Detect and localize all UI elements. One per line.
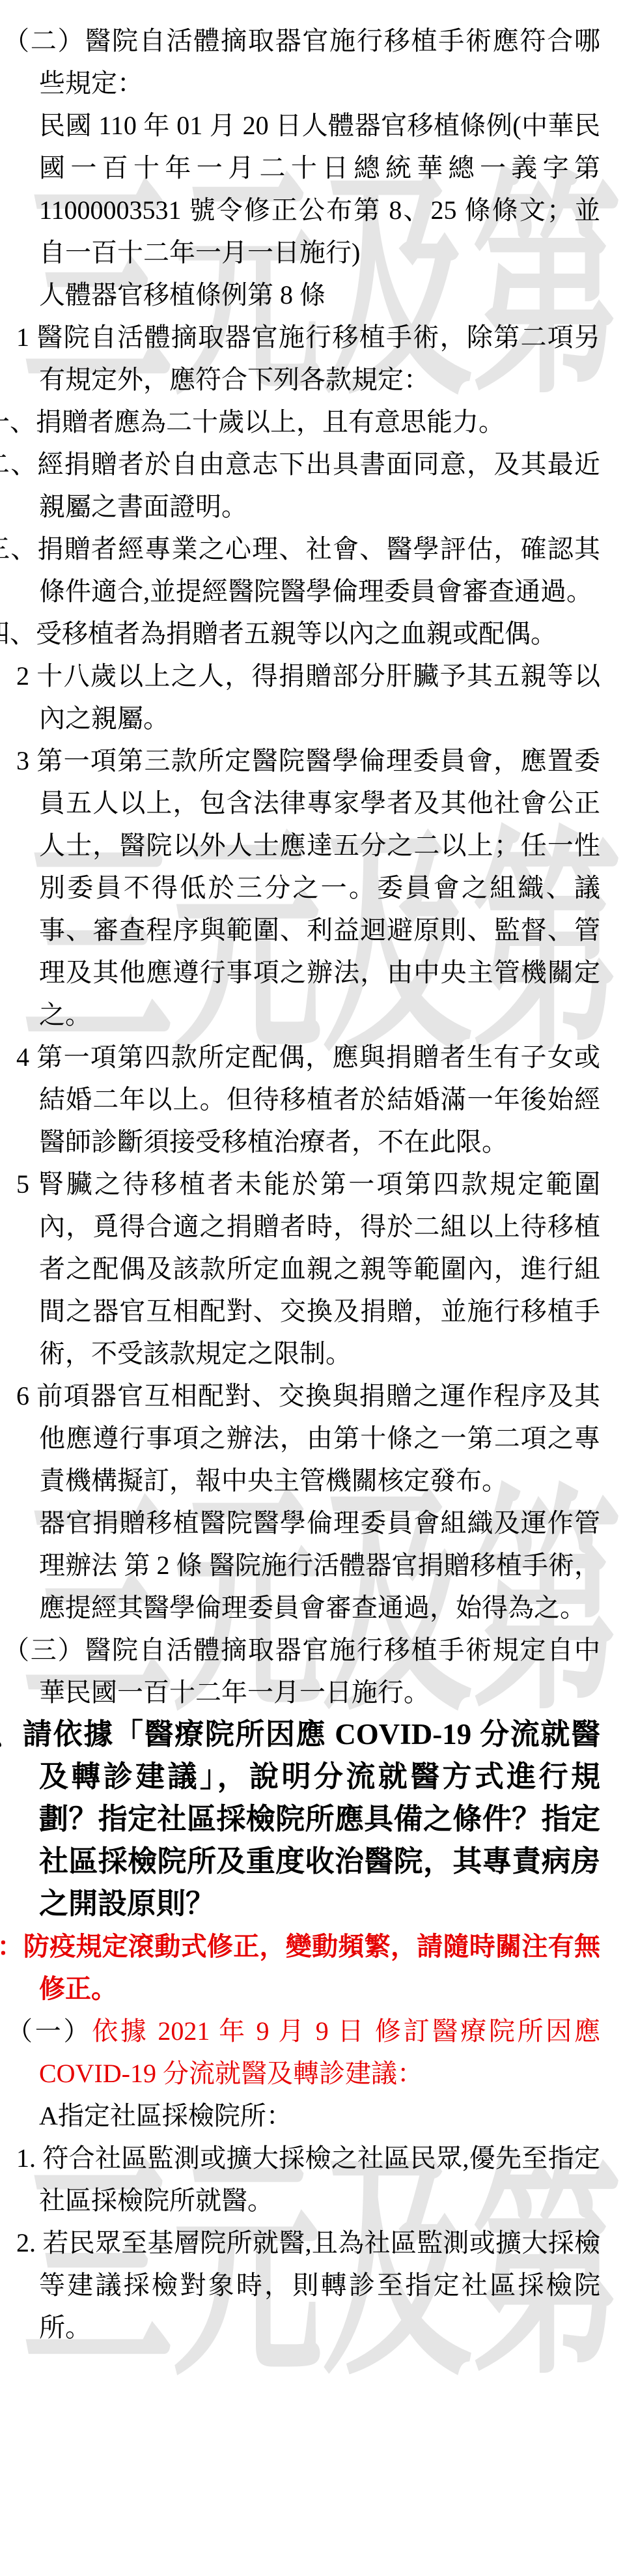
clause-text: 第一項第三款所定醫院醫學倫理委員會，應置委員五人以上，包含法律專家學者及其他社會… [36, 746, 600, 1029]
clause-5: 5 腎臟之待移植者未能於第一項第四款規定範圍內，覓得合適之捐贈者時，得於二組以上… [39, 1163, 600, 1375]
subclause-text: 經捐贈者於自由意志下出具書面同意，及其最近親屬之書面證明。 [37, 450, 600, 521]
item-marker: （三） [3, 1635, 85, 1665]
subclause-4: 四、受移植者為捐贈者五親等以內之血親或配偶。 [39, 612, 600, 655]
subclause-3: 三、捐贈者經專業之心理、社會、醫學評估，確認其條件適合,並提經醫院醫學倫理委員會… [39, 528, 600, 612]
clause-1: 1 醫院自活體摘取器官施行移植手術，除第二項另有規定外，應符合下列各款規定： [39, 316, 600, 401]
document-page: 三 元 及 第 三 元 及 第 三 元 及 第 三 元 及 第 （二）醫院自活體… [0, 0, 638, 2576]
subsection-a-label: A指定社區採檢院所： [39, 2095, 600, 2137]
paragraph-text: 器官捐贈移植醫院醫學倫理委員會組織及運作管理辦法 第 2 條 醫院施行活體器官捐… [39, 1508, 600, 1622]
clause-number: 2 [16, 661, 36, 691]
subclause-text: 受移植者為捐贈者五親等以內之血親或配偶。 [36, 619, 557, 648]
clause-number: 6 [16, 1381, 36, 1410]
clause-text: 醫院自活體摘取器官施行移植手術，除第二項另有規定外，應符合下列各款規定： [36, 322, 600, 394]
reminder-text: 防疫規定滾動式修正，變動頻繁，請隨時關注有無修正。 [23, 1932, 600, 2003]
paragraph-text: 民國 110 年 01 月 20 日人體器官移植條例(中華民國一百十年一月二十日… [39, 111, 600, 267]
point-1: 1. 符合社區監測或擴大採檢之社區民眾,優先至指定社區採檢院所就醫。 [39, 2137, 600, 2222]
paragraph-text: 人體器官移植條例第 8 條 [39, 280, 326, 309]
item-text-red: 依據 2021 年 9 月 9 日 修訂醫療院所因應 COVID-19 分流就醫… [39, 2016, 600, 2088]
question-text: 請依據「醫療院所因應 COVID-19 分流就醫及轉診建議」，說明分流就醫方式進… [23, 1718, 600, 1920]
clause-number: 3 [16, 746, 36, 775]
reminder-note: 提醒：防疫規定滾動式修正，變動頻繁，請隨時關注有無修正。 [39, 1925, 600, 2010]
clause-number: 1 [16, 322, 36, 352]
item-text: 醫院自活體摘取器官施行移植手術規定自中華民國一百十二年一月一日施行。 [39, 1635, 600, 1707]
point-text: 符合社區監測或擴大採檢之社區民眾,優先至指定社區採檢院所就醫。 [39, 2143, 600, 2215]
clause-text: 第一項第四款所定配偶，應與捐贈者生有子女或結婚二年以上。但待移植者於結婚滿一年後… [36, 1042, 600, 1156]
covid-item-1: （一）依據 2021 年 9 月 9 日 修訂醫療院所因應 COVID-19 分… [39, 2010, 600, 2095]
question-13-heading: 十三、請依據「醫療院所因應 COVID-19 分流就醫及轉診建議」，說明分流就醫… [39, 1713, 600, 1925]
point-number: 2. [16, 2228, 42, 2257]
reminder-marker: 提醒： [0, 1932, 23, 1961]
clause-text: 腎臟之待移植者未能於第一項第四款規定範圍內，覓得合適之捐贈者時，得於二組以上待移… [38, 1169, 600, 1368]
law-reference: 民國 110 年 01 月 20 日人體器官移植條例(中華民國一百十年一月二十日… [39, 104, 600, 274]
article-title: 人體器官移植條例第 8 條 [39, 274, 600, 316]
point-2: 2. 若民眾至基層院所就醫,且為社區監測或擴大採檢等建議採檢對象時，則轉診至指定… [39, 2222, 600, 2349]
clause-text: 十八歲以上之人，得捐贈部分肝臟予其五親等以內之親屬。 [36, 661, 600, 733]
clause-number: 5 [16, 1169, 38, 1199]
subclause-marker: 三、 [0, 534, 37, 564]
subclause-marker: 二、 [0, 450, 37, 479]
section-item-2: （二）醫院自活體摘取器官施行移植手術應符合哪些規定： [39, 20, 600, 104]
clause-text: 前項器官互相配對、交換與捐贈之運作程序及其他應遵行事項之辦法，由第十條之一第二項… [36, 1381, 600, 1495]
clause-number: 4 [16, 1042, 36, 1072]
question-number: 十三、 [0, 1718, 23, 1751]
ethics-committee-rule: 器官捐贈移植醫院醫學倫理委員會組織及運作管理辦法 第 2 條 醫院施行活體器官捐… [39, 1502, 600, 1629]
document-content: （二）醫院自活體摘取器官施行移植手術應符合哪些規定： 民國 110 年 01 月… [0, 0, 638, 2349]
subclause-text: 捐贈者經專業之心理、社會、醫學評估，確認其條件適合,並提經醫院醫學倫理委員會審查… [37, 534, 600, 606]
subclause-2: 二、經捐贈者於自由意志下出具書面同意，及其最近親屬之書面證明。 [39, 443, 600, 528]
subclause-marker: 四、 [0, 619, 36, 648]
clause-3: 3 第一項第三款所定醫院醫學倫理委員會，應置委員五人以上，包含法律專家學者及其他… [39, 739, 600, 1036]
item-marker: （一） [7, 2016, 92, 2046]
subclause-1: 一、捐贈者應為二十歲以上，且有意思能力。 [39, 401, 600, 443]
clause-6: 6 前項器官互相配對、交換與捐贈之運作程序及其他應遵行事項之辦法，由第十條之一第… [39, 1375, 600, 1502]
subclause-text: 捐贈者應為二十歲以上，且有意思能力。 [36, 407, 505, 436]
point-number: 1. [16, 2143, 42, 2173]
item-marker: （二） [3, 26, 85, 55]
section-item-3: （三）醫院自活體摘取器官施行移植手術規定自中華民國一百十二年一月一日施行。 [39, 1629, 600, 1713]
point-text: 若民眾至基層院所就醫,且為社區監測或擴大採檢等建議採檢對象時，則轉診至指定社區採… [39, 2228, 600, 2342]
subclause-marker: 一、 [0, 407, 36, 436]
clause-2: 2 十八歲以上之人，得捐贈部分肝臟予其五親等以內之親屬。 [39, 655, 600, 739]
clause-4: 4 第一項第四款所定配偶，應與捐贈者生有子女或結婚二年以上。但待移植者於結婚滿一… [39, 1036, 600, 1163]
subsection-label-text: A指定社區採檢院所： [39, 2101, 292, 2130]
item-text: 醫院自活體摘取器官施行移植手術應符合哪些規定： [39, 26, 600, 98]
